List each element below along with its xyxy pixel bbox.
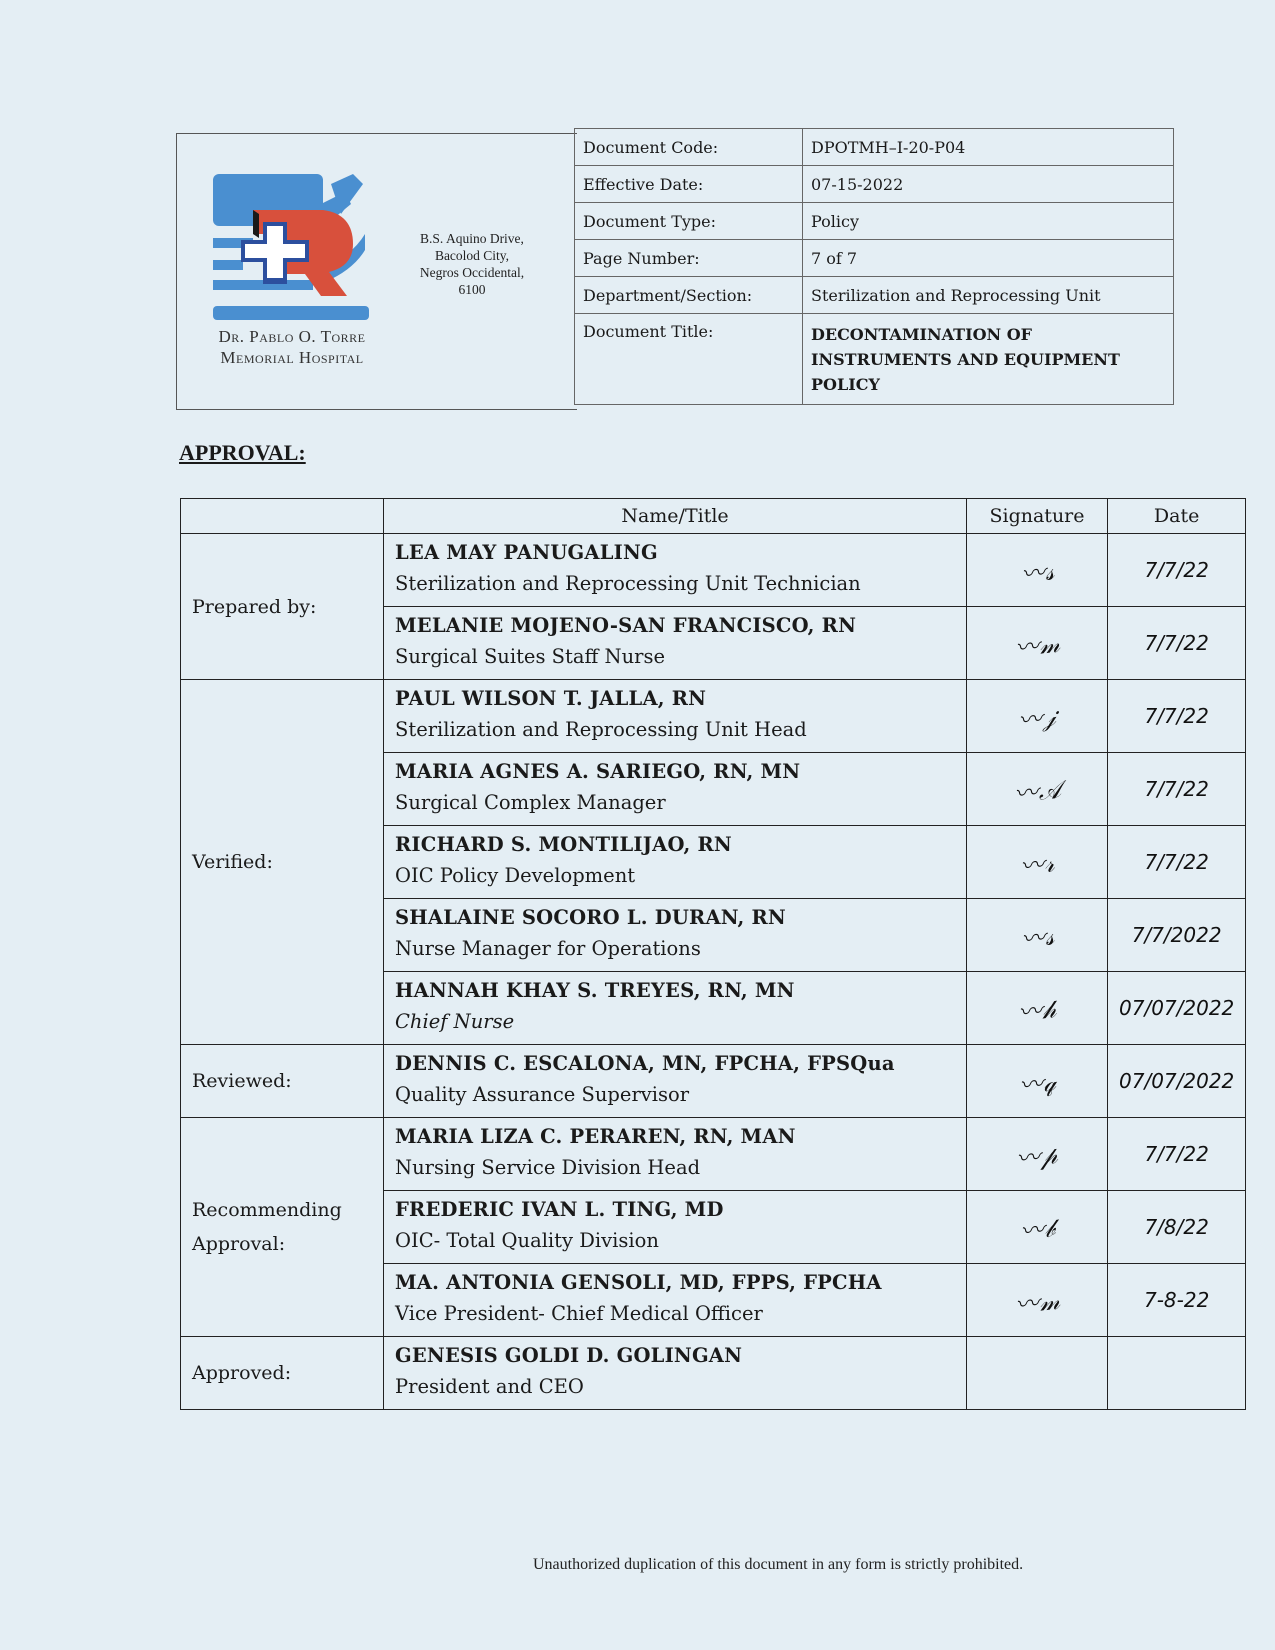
handwritten-signature-icon: 〰𝒿 (1017, 697, 1058, 736)
approver-name: MELANIE MOJENO-SAN FRANCISCO, RN (395, 611, 955, 641)
effective-date: 07-15-2022 (803, 166, 1174, 203)
approver-title: OIC- Total Quality Division (395, 1225, 955, 1257)
handwritten-signature-icon: 〰𝓆 (1017, 1062, 1057, 1101)
approver-name: SHALAINE SOCORO L. DURAN, RN (395, 903, 955, 933)
hospital-name: Dr. Pablo O. Torre Memorial Hospital (187, 326, 397, 368)
hospital-logo-icon (213, 174, 369, 324)
approval-table: Name/Title Signature Date Prepared by:LE… (180, 498, 1246, 1410)
approval-role: Reviewed: (181, 1045, 384, 1118)
signature-date-cell: 7/7/22 (1108, 534, 1246, 607)
signature-date: 7/8/22 (1144, 1215, 1208, 1239)
signature-cell: 〰𝒿 (967, 680, 1108, 753)
signature-cell (967, 1337, 1108, 1410)
approver-name-title: MELANIE MOJENO-SAN FRANCISCO, RNSurgical… (384, 607, 967, 680)
address-line: Bacolod City, (405, 247, 539, 264)
approver-name-title: HANNAH KHAY S. TREYES, RN, MNChief Nurse (384, 972, 967, 1045)
approver-title: OIC Policy Development (395, 860, 955, 892)
meta-row: Page Number: 7 of 7 (575, 240, 1174, 277)
footer-disclaimer: Unauthorized duplication of this documen… (533, 1556, 1023, 1574)
approver-name: FREDERIC IVAN L. TING, MD (395, 1195, 955, 1225)
address-line: 6100 (405, 281, 539, 298)
signature-cell: 〰𝓆 (967, 1045, 1108, 1118)
signature-date: 07/07/2022 (1119, 996, 1234, 1020)
address-line: B.S. Aquino Drive, (405, 230, 539, 247)
meta-label: Document Code: (575, 129, 803, 166)
approval-role: Prepared by: (181, 534, 384, 680)
approver-name-title: MARIA LIZA C. PERAREN, RN, MANNursing Se… (384, 1118, 967, 1191)
department-section: Sterilization and Reprocessing Unit (803, 277, 1174, 314)
hospital-name-line2: Memorial Hospital (187, 347, 397, 368)
approval-heading: APPROVAL: (179, 440, 306, 466)
approver-name: MARIA LIZA C. PERAREN, RN, MAN (395, 1122, 955, 1152)
approver-name-title: LEA MAY PANUGALINGSterilization and Repr… (384, 534, 967, 607)
signature-cell: 〰𝓈 (967, 899, 1108, 972)
approval-role: Recommending Approval: (181, 1118, 384, 1337)
signature-date: 7/7/22 (1144, 558, 1208, 582)
approver-name-title: SHALAINE SOCORO L. DURAN, RNNurse Manage… (384, 899, 967, 972)
signature-date: 7/7/22 (1144, 1142, 1208, 1166)
hospital-name-line1: Dr. Pablo O. Torre (187, 326, 397, 347)
approver-name: MA. ANTONIA GENSOLI, MD, FPPS, FPCHA (395, 1268, 955, 1298)
signature-date: 7/7/22 (1144, 704, 1208, 728)
approver-title: President and CEO (395, 1371, 955, 1403)
signature-date-cell: 7/8/22 (1108, 1191, 1246, 1264)
approver-title: Sterilization and Reprocessing Unit Tech… (395, 568, 955, 600)
handwritten-signature-icon: 〰𝒽 (1016, 989, 1057, 1028)
approval-row: Recommending Approval:MARIA LIZA C. PERA… (181, 1118, 1246, 1191)
approver-name-title: RICHARD S. MONTILIJAO, RNOIC Policy Deve… (384, 826, 967, 899)
handwritten-signature-icon: 〰𝒜 (1012, 769, 1062, 809)
handwritten-signature-icon: 〰𝓈 (1019, 916, 1055, 954)
document-code: DPOTMH–I-20-P04 (803, 129, 1174, 166)
signature-cell: 〰𝒜 (967, 753, 1108, 826)
signature-cell: 〰𝓅 (967, 1118, 1108, 1191)
approver-name: GENESIS GOLDI D. GOLINGAN (395, 1341, 955, 1371)
handwritten-signature-icon: 〰𝒷 (1018, 1208, 1056, 1246)
approver-name-title: GENESIS GOLDI D. GOLINGANPresident and C… (384, 1337, 967, 1410)
meta-row: Document Code: DPOTMH–I-20-P04 (575, 129, 1174, 166)
approver-name: HANNAH KHAY S. TREYES, RN, MN (395, 976, 955, 1006)
signature-date-cell: 07/07/2022 (1108, 1045, 1246, 1118)
signature-date-cell: 7/7/22 (1108, 607, 1246, 680)
meta-label: Document Title: (575, 314, 803, 405)
approver-name-title: FREDERIC IVAN L. TING, MDOIC- Total Qual… (384, 1191, 967, 1264)
approver-title: Surgical Complex Manager (395, 787, 955, 819)
signature-cell: 〰𝓈 (967, 534, 1108, 607)
signature-date-cell: 7-8-22 (1108, 1264, 1246, 1337)
handwritten-signature-icon: 〰𝓂 (1013, 623, 1061, 662)
column-header-role (181, 499, 384, 534)
signature-date-cell: 7/7/22 (1108, 1118, 1246, 1191)
meta-label: Document Type: (575, 203, 803, 240)
hospital-address: B.S. Aquino Drive, Bacolod City, Negros … (405, 230, 539, 298)
signature-cell: 〰𝒽 (967, 972, 1108, 1045)
meta-row: Effective Date: 07-15-2022 (575, 166, 1174, 203)
signature-cell: 〰𝓇 (967, 826, 1108, 899)
meta-label: Page Number: (575, 240, 803, 277)
approver-name-title: MA. ANTONIA GENSOLI, MD, FPPS, FPCHAVice… (384, 1264, 967, 1337)
approver-title: Nursing Service Division Head (395, 1152, 955, 1184)
column-header-signature: Signature (967, 499, 1108, 534)
signature-cell: 〰𝒷 (967, 1191, 1108, 1264)
page-number: 7 of 7 (803, 240, 1174, 277)
approval-role: Approved: (181, 1337, 384, 1410)
signature-date-cell: 7/7/22 (1108, 680, 1246, 753)
document-meta-table: Document Code: DPOTMH–I-20-P04 Effective… (574, 128, 1174, 405)
approver-name-title: PAUL WILSON T. JALLA, RNSterilization an… (384, 680, 967, 753)
approver-title: Vice President- Chief Medical Officer (395, 1298, 955, 1330)
signature-date-cell: 07/07/2022 (1108, 972, 1246, 1045)
approval-row: Verified:PAUL WILSON T. JALLA, RNSterili… (181, 680, 1246, 753)
approval-role: Verified: (181, 680, 384, 1045)
signature-date: 7/7/22 (1144, 777, 1208, 801)
signature-date: 7/7/22 (1144, 631, 1208, 655)
document-type: Policy (803, 203, 1174, 240)
approver-name-title: MARIA AGNES A. SARIEGO, RN, MNSurgical C… (384, 753, 967, 826)
signature-date-cell: 7/7/22 (1108, 753, 1246, 826)
approver-name: PAUL WILSON T. JALLA, RN (395, 684, 955, 714)
approver-title: Chief Nurse (395, 1006, 955, 1038)
meta-row: Department/Section: Sterilization and Re… (575, 277, 1174, 314)
signature-date: 07/07/2022 (1119, 1069, 1234, 1093)
approval-row: Reviewed:DENNIS C. ESCALONA, MN, FPCHA, … (181, 1045, 1246, 1118)
document-title: DECONTAMINATION OF INSTRUMENTS AND EQUIP… (803, 314, 1174, 405)
signature-date-cell: 7/7/22 (1108, 826, 1246, 899)
approver-title: Surgical Suites Staff Nurse (395, 641, 955, 673)
address-line: Negros Occidental, (405, 264, 539, 281)
meta-label: Department/Section: (575, 277, 803, 314)
approver-name: MARIA AGNES A. SARIEGO, RN, MN (395, 757, 955, 787)
approval-row: Prepared by:LEA MAY PANUGALINGSterilizat… (181, 534, 1246, 607)
handwritten-signature-icon: 〰𝓈 (1019, 551, 1055, 589)
approver-name: RICHARD S. MONTILIJAO, RN (395, 830, 955, 860)
document-header: Dr. Pablo O. Torre Memorial Hospital B.S… (176, 133, 577, 410)
approver-title: Sterilization and Reprocessing Unit Head (395, 714, 955, 746)
handwritten-signature-icon: 〰𝓅 (1015, 1134, 1060, 1173)
approval-row: Approved:GENESIS GOLDI D. GOLINGANPresid… (181, 1337, 1246, 1410)
signature-date-cell: 7/7/2022 (1108, 899, 1246, 972)
approver-name: LEA MAY PANUGALING (395, 538, 955, 568)
meta-label: Effective Date: (575, 166, 803, 203)
column-header-name-title: Name/Title (384, 499, 967, 534)
signature-date: 7/7/2022 (1132, 923, 1222, 947)
meta-row: Document Type: Policy (575, 203, 1174, 240)
approver-title: Nurse Manager for Operations (395, 933, 955, 965)
signature-date: 7-8-22 (1144, 1288, 1209, 1312)
column-header-date: Date (1108, 499, 1246, 534)
signature-cell: 〰𝓂 (967, 607, 1108, 680)
approver-name-title: DENNIS C. ESCALONA, MN, FPCHA, FPSQuaQua… (384, 1045, 967, 1118)
approver-title: Quality Assurance Supervisor (395, 1079, 955, 1111)
meta-row: Document Title: DECONTAMINATION OF INSTR… (575, 314, 1174, 405)
handwritten-signature-icon: 〰𝓇 (1018, 843, 1055, 881)
approver-name: DENNIS C. ESCALONA, MN, FPCHA, FPSQua (395, 1049, 955, 1079)
signature-date: 7/7/22 (1144, 850, 1208, 874)
signature-date-cell (1108, 1337, 1246, 1410)
handwritten-signature-icon: 〰𝓂 (1013, 1280, 1061, 1319)
approval-header-row: Name/Title Signature Date (181, 499, 1246, 534)
signature-cell: 〰𝓂 (967, 1264, 1108, 1337)
